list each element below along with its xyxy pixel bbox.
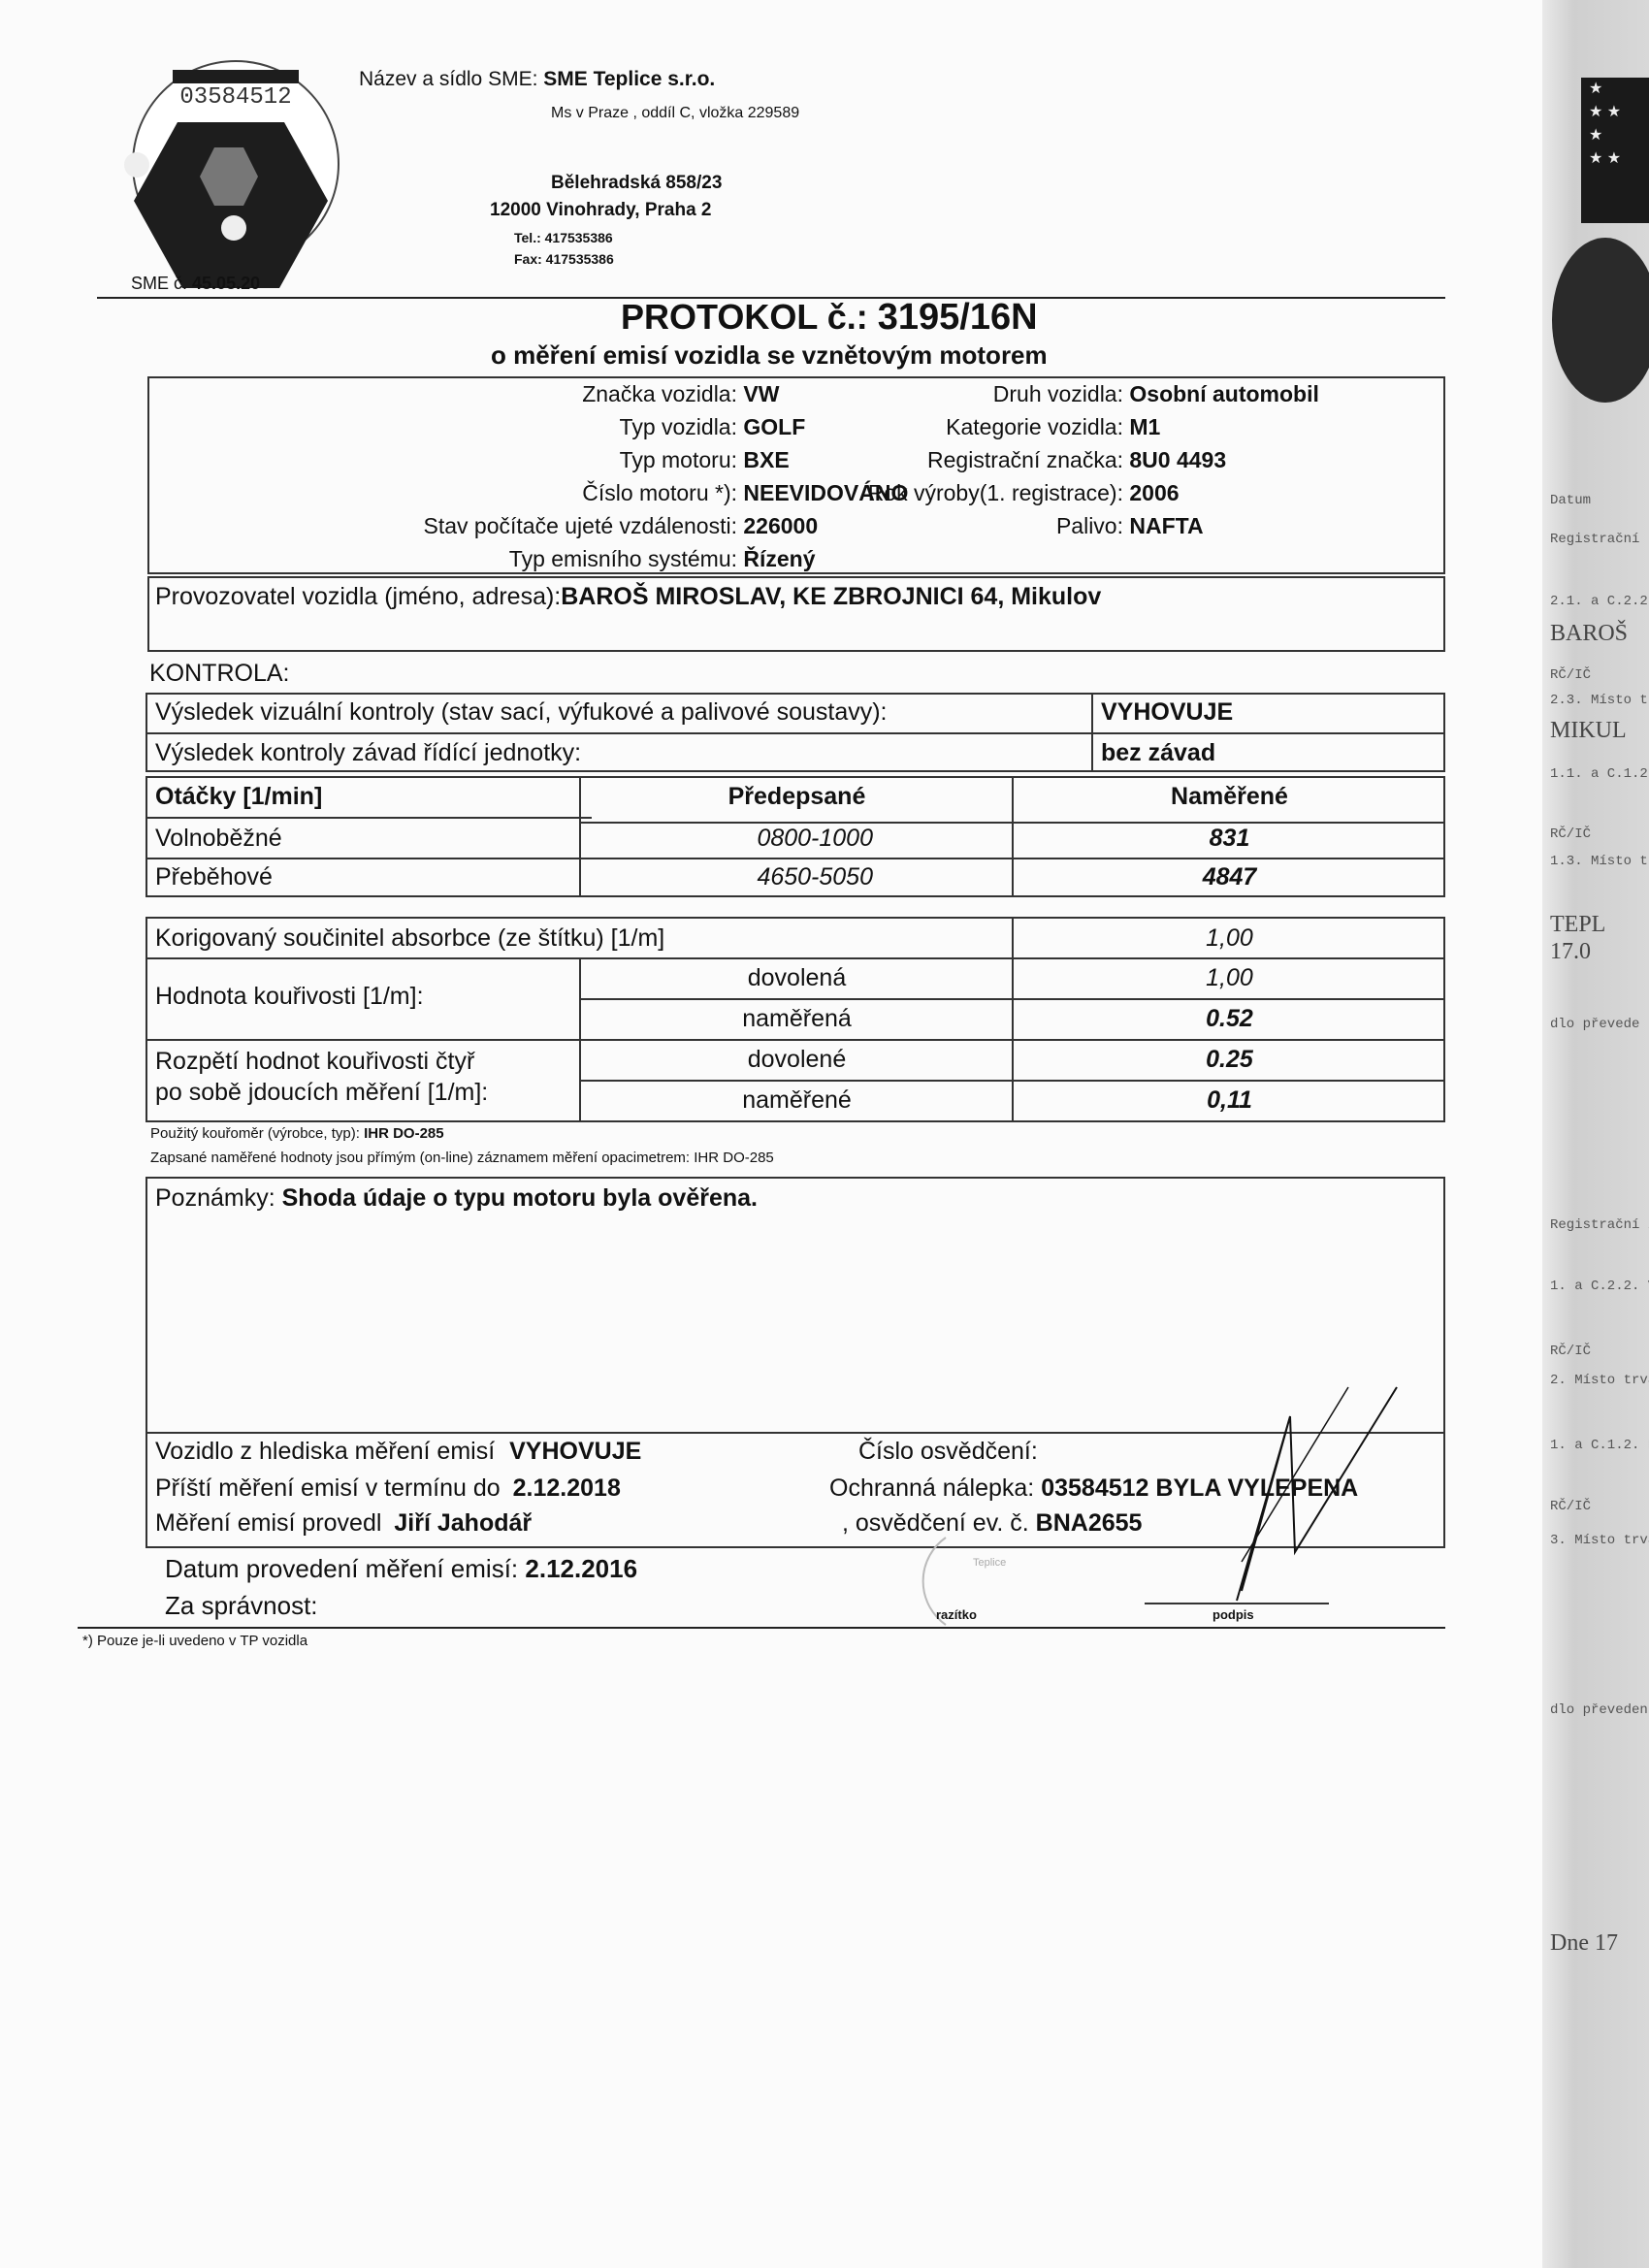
strip-text: 1. a C.2.2. V <box>1550 1279 1649 1294</box>
protocol-number: 3195/16N <box>878 297 1038 338</box>
sme-number: SME č. 45.05.20 <box>131 274 260 294</box>
strip-text: 2.3. Místo trv <box>1550 693 1649 708</box>
sme-fax: Fax: 417535386 <box>514 251 614 267</box>
strip-text: 3. Místo trval <box>1550 1533 1649 1548</box>
sme-tel: Tel.: 417535386 <box>514 230 613 245</box>
rpm-idle-prescribed: 0800-1000 <box>582 825 873 853</box>
operator: Provozovatel vozidla (jméno, adresa):BAR… <box>155 583 1101 611</box>
vehicle-field-label: Palivo: <box>776 513 1123 539</box>
rpm-header-name: Otáčky [1/min] <box>155 783 322 811</box>
vehicle-field: Typ motoru: BXE <box>155 447 790 473</box>
operator-label: Provozovatel vozidla (jméno, adresa): <box>155 583 561 610</box>
logo-sticker-number: 03584512 <box>173 70 299 122</box>
sme-name-label: Název a sídlo SME: <box>359 68 537 90</box>
notes-label: Poznámky: <box>155 1184 275 1212</box>
vehicle-field: Palivo: NAFTA <box>776 513 1204 539</box>
instrument-used: Použitý kouřoměr (výrobce, typ): IHR DO-… <box>150 1125 444 1142</box>
strip-text: 1.3. Místo trv <box>1550 854 1649 869</box>
rpm-high-measured: 4847 <box>1014 863 1445 891</box>
strip-text: RČ/IČ <box>1550 667 1591 683</box>
rpm-high-name: Přeběhové <box>155 863 273 891</box>
next-measurement-label: Příští měření emisí v termínu do <box>155 1474 501 1502</box>
vehicle-field: Kategorie vozidla: M1 <box>776 414 1160 440</box>
rpm-header-prescribed: Předepsané <box>582 783 1012 811</box>
divider <box>1091 693 1093 772</box>
sme-number-label: SME č. <box>131 274 187 293</box>
divider <box>579 776 581 897</box>
divider <box>145 817 592 819</box>
vehicle-field: Registrační značka: 8U0 4493 <box>776 447 1226 473</box>
strip-text: RČ/IČ <box>1550 1499 1591 1514</box>
opacity-allowed-value: 1,00 <box>1014 964 1445 992</box>
emblem-icon <box>1552 238 1649 403</box>
visual-check-label: Výsledek vizuální kontroly (stav sací, v… <box>155 698 888 727</box>
rpm-header-measured: Naměřené <box>1014 783 1445 811</box>
rpm-idle-name: Volnoběžné <box>155 825 282 853</box>
footnote: *) Pouze je-li uvedeno v TP vozidla <box>82 1633 307 1649</box>
rpm-high-prescribed: 4650-5050 <box>582 863 873 891</box>
stamp-text: Teplice <box>973 1557 1006 1569</box>
cert-ev-value: BNA2655 <box>1036 1509 1143 1537</box>
stamp-label: razítko <box>936 1607 977 1622</box>
strip-text: Registrační z <box>1550 1217 1649 1233</box>
sme-registry: Ms v Praze , oddíl C, vložka 229589 <box>551 105 799 122</box>
vehicle-field: Typ emisního systému: Řízený <box>155 546 816 572</box>
vehicle-field: Typ vozidla: GOLF <box>155 414 805 440</box>
instrument-online-note: Zapsané naměřené hodnoty jsou přímým (on… <box>150 1150 774 1166</box>
divider <box>145 732 1445 734</box>
vehicle-field-label: Značka vozidla: <box>155 381 737 407</box>
sme-number-value: 45.05.20 <box>192 274 260 293</box>
vehicle-field-label: Číslo motoru *): <box>155 480 737 506</box>
spread-label-1: Rozpětí hodnot kouřivosti čtyř <box>155 1048 474 1076</box>
divider <box>145 858 1445 859</box>
opacity-allowed-name: dovolená <box>582 964 1012 992</box>
measurement-date-label: Datum provedení měření emisí: <box>165 1554 518 1583</box>
adjacent-document-strip: ★★ ★★★ ★ DatumRegistrační2.1. a C.2.2.BA… <box>1542 0 1649 2268</box>
logo-dot <box>221 215 246 241</box>
notes-value: Shoda údaje o typu motoru byla ověřena. <box>282 1184 758 1212</box>
strip-text: 1.1. a C.1.2. <box>1550 766 1649 782</box>
strip-text: TEPL <box>1550 912 1605 938</box>
sme-street: Bělehradská 858/23 <box>551 173 722 194</box>
vehicle-field-label: Stav počítače ujeté vzdálenosti: <box>155 513 737 539</box>
vehicle-field: Značka vozidla: VW <box>155 381 779 407</box>
cert-number-label: Číslo osvědčení: <box>858 1438 1038 1466</box>
vehicle-field-label: Druh vozidla: <box>776 381 1123 407</box>
absorption-label: Korigovaný součinitel absorbce (ze štítk… <box>155 924 664 953</box>
divider <box>579 957 581 1122</box>
protective-sticker-label: Ochranná nálepka: <box>829 1474 1034 1502</box>
visual-check-value: VYHOVUJE <box>1101 698 1233 727</box>
instrument-used-label: Použitý kouřoměr (výrobce, typ): <box>150 1125 360 1142</box>
vehicle-field-value: Osobní automobil <box>1129 381 1319 406</box>
sme-city-name: Vinohrady, Praha 2 <box>546 200 711 220</box>
verdict: Vozidlo z hlediska měření emisí VYHOVUJE <box>155 1438 641 1466</box>
spread-measured-value: 0,11 <box>1014 1086 1445 1115</box>
strip-text: dlo převeden <box>1550 1702 1648 1718</box>
strip-text: dlo převede <box>1550 1017 1639 1032</box>
vehicle-field-value: M1 <box>1129 414 1160 439</box>
strip-text: Dne 17 <box>1550 1930 1618 1957</box>
vehicle-field-label: Rok výroby(1. registrace): <box>776 480 1123 506</box>
correctness-label: Za správnost: <box>165 1591 318 1621</box>
spread-measured-name: naměřené <box>582 1086 1012 1115</box>
kontrola-heading: KONTROLA: <box>149 660 289 688</box>
opacity-measured-name: naměřená <box>582 1005 1012 1033</box>
vehicle-field: Druh vozidla: Osobní automobil <box>776 381 1319 407</box>
sme-postcode: 12000 <box>490 200 541 220</box>
sme-name-value: SME Teplice s.r.o. <box>543 68 715 90</box>
ecu-check-value: bez závad <box>1101 739 1215 767</box>
next-measurement-value: 2.12.2018 <box>513 1474 621 1502</box>
vehicle-field-value: Řízený <box>743 546 815 571</box>
operator-value: BAROŠ MIROSLAV, KE ZBROJNICI 64, Mikulov <box>561 583 1101 610</box>
vehicle-field: Stav počítače ujeté vzdálenosti: 226000 <box>155 513 818 539</box>
divider <box>145 1039 1445 1041</box>
vehicle-field-value: 2006 <box>1129 480 1179 505</box>
protocol-subtitle: o měření emisí vozidla se vznětovým moto… <box>491 340 1048 371</box>
rpm-idle-measured: 831 <box>1014 825 1445 853</box>
next-measurement: Příští měření emisí v termínu do 2.12.20… <box>155 1474 621 1503</box>
vehicle-field: Rok výroby(1. registrace): 2006 <box>776 480 1180 506</box>
protocol-label: PROTOKOL č.: <box>621 297 868 337</box>
performed-by-label: Měření emisí provedl <box>155 1509 381 1537</box>
absorption-value: 1,00 <box>1014 924 1445 953</box>
sme-city: 12000 Vinohrady, Praha 2 <box>490 200 712 221</box>
vehicle-field-value: NAFTA <box>1129 513 1203 538</box>
protocol-page: 03584512 SME č. 45.05.20 Název a sídlo S… <box>0 0 1542 2268</box>
eu-flag-icon: ★★ ★★★ ★ <box>1581 78 1649 223</box>
spread-allowed-name: dovolené <box>582 1046 1012 1074</box>
divider <box>145 957 1445 959</box>
logo-dot <box>124 152 149 178</box>
spread-allowed-value: 0.25 <box>1014 1046 1445 1074</box>
strip-text: BAROŠ <box>1550 621 1628 647</box>
footer-rule <box>78 1627 1445 1629</box>
vehicle-field-label: Registrační značka: <box>776 447 1123 473</box>
strip-text: 17.0 <box>1550 939 1591 965</box>
ecu-check-label: Výsledek kontroly závad řídící jednotky: <box>155 739 581 767</box>
vehicle-field-label: Kategorie vozidla: <box>776 414 1123 440</box>
verdict-value: VYHOVUJE <box>509 1438 641 1465</box>
strip-text: RČ/IČ <box>1550 1344 1591 1359</box>
strip-text: 1. a C.1.2. Pr <box>1550 1438 1649 1453</box>
notes: Poznámky: Shoda údaje o typu motoru byla… <box>155 1184 758 1213</box>
strip-text: Registrační <box>1550 532 1639 547</box>
opacity-label: Hodnota kouřivosti [1/m]: <box>155 983 424 1011</box>
instrument-used-value: IHR DO-285 <box>364 1125 444 1142</box>
vehicle-field-label: Typ emisního systému: <box>155 546 737 572</box>
vehicle-field-value: VW <box>743 381 779 406</box>
protocol-title: PROTOKOL č.: 3195/16N <box>621 297 1038 339</box>
vehicle-field-label: Typ motoru: <box>155 447 737 473</box>
measurement-date: Datum provedení měření emisí: 2.12.2016 <box>165 1554 637 1584</box>
signature-icon <box>1203 1377 1436 1630</box>
performed-by-value: Jiří Jahodář <box>394 1509 532 1537</box>
strip-text: 2. Místo trval <box>1550 1373 1649 1388</box>
measurement-date-value: 2.12.2016 <box>525 1554 637 1583</box>
vehicle-field-label: Typ vozidla: <box>155 414 737 440</box>
opacity-measured-value: 0.52 <box>1014 1005 1445 1033</box>
spread-label-2: po sobě jdoucích měření [1/m]: <box>155 1079 488 1107</box>
sme-name: Název a sídlo SME: SME Teplice s.r.o. <box>359 68 715 91</box>
verdict-label: Vozidlo z hlediska měření emisí <box>155 1438 495 1465</box>
sme-logo: 03584512 <box>114 60 338 283</box>
strip-text: RČ/IČ <box>1550 826 1591 842</box>
strip-text: 2.1. a C.2.2. <box>1550 594 1649 609</box>
strip-text: MIKUL <box>1550 718 1627 744</box>
strip-text: Datum <box>1550 493 1591 508</box>
vehicle-field-value: 8U0 4493 <box>1129 447 1226 472</box>
performed-by: Měření emisí provedl Jiří Jahodář <box>155 1509 532 1538</box>
